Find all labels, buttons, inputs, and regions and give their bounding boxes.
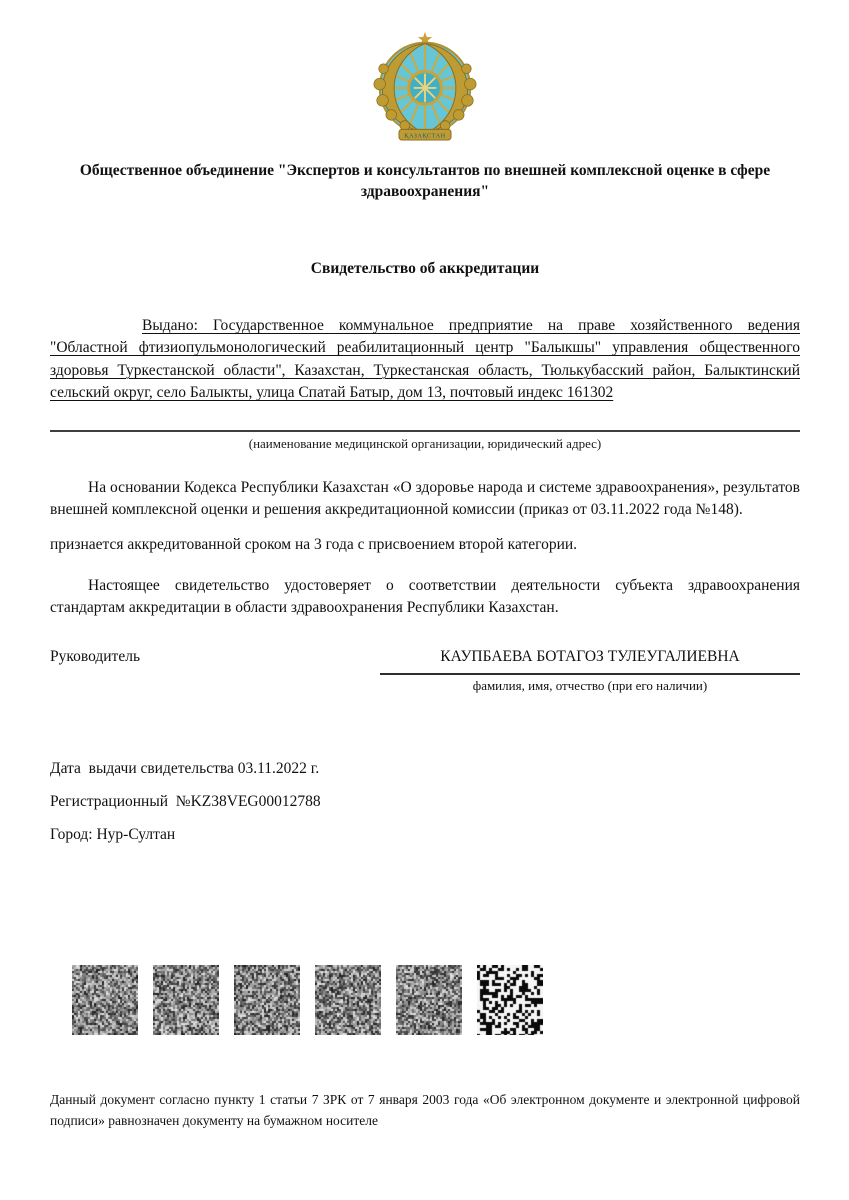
signature-role-label: Руководитель (50, 646, 140, 667)
issued-to-paragraph: Выдано: Государственное коммунальное пре… (50, 315, 800, 405)
certificate-page: ҚАЗАҚСТАН Общественное объединение "Эксп… (0, 0, 849, 1200)
signature-stamps-row (72, 965, 800, 1035)
kazakhstan-coat-of-arms-icon: ҚАЗАҚСТАН (372, 30, 478, 142)
city-line: Город: Нур-Султан (50, 824, 800, 845)
signature-stamp-barcode (153, 965, 219, 1035)
issued-to-caption: (наименование медицинской организации, ю… (50, 435, 800, 452)
signature-stamp-barcode (234, 965, 300, 1035)
signature-stamp-barcode (72, 965, 138, 1035)
signature-row: Руководитель КАУПБАЕВА БОТАГОЗ ТУЛЕУГАЛИ… (50, 646, 800, 694)
basis-paragraph: На основании Кодекса Республики Казахста… (50, 477, 800, 522)
legal-footer: Данный документ согласно пункту 1 статьи… (50, 1089, 800, 1131)
emblem-banner-text: ҚАЗАҚСТАН (404, 133, 445, 140)
signature-caption: фамилия, имя, отчество (при его наличии) (380, 678, 800, 694)
document-title: Свидетельство об аккредитации (50, 258, 800, 279)
signature-name: КАУПБАЕВА БОТАГОЗ ТУЛЕУГАЛИЕВНА (380, 646, 800, 675)
certification-paragraph: Настоящее свидетельство удостоверяет о с… (50, 575, 800, 620)
recognition-line: признается аккредитованной сроком на 3 г… (50, 534, 800, 556)
emblem-container: ҚАЗАҚСТАН (50, 30, 800, 142)
signature-stamp-barcode (477, 965, 543, 1035)
issue-date-line: Дата выдачи свидетельства 03.11.2022 г. (50, 758, 800, 779)
organization-name: Общественное объединение "Экспертов и ко… (50, 160, 800, 202)
signature-stamp-barcode (396, 965, 462, 1035)
registration-number-line: Регистрационный №KZ38VEG00012788 (50, 791, 800, 812)
signature-block: КАУПБАЕВА БОТАГОЗ ТУЛЕУГАЛИЕВНА фамилия,… (380, 646, 800, 694)
signature-stamp-barcode (315, 965, 381, 1035)
blank-form-line (50, 430, 800, 432)
